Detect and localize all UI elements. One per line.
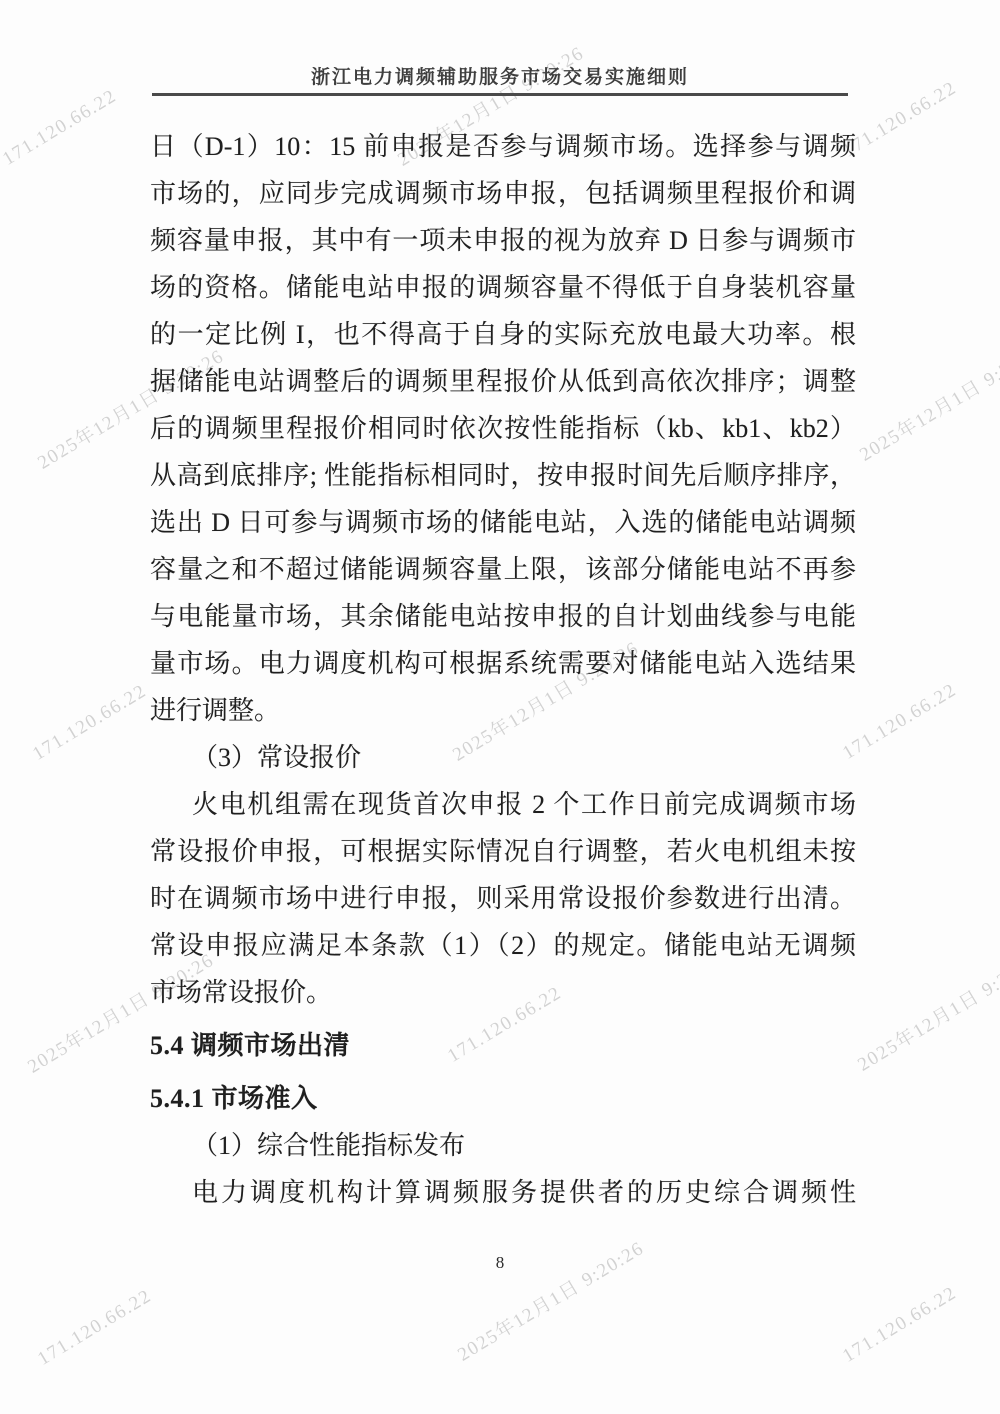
section-heading: 5.4.1 市场准入 [150,1075,856,1122]
watermark-timestamp: 2025年12月1日 9:20:26 [852,943,1000,1076]
text-line: 的一定比例 I，也不得高于自身的实际充放电最大功率。根 [150,311,856,358]
watermark-ip: 171.120.66.22 [839,679,961,764]
text-line: 容量之和不超过储能调频容量上限，该部分储能电站不再参 [150,546,856,593]
text-line: 常设申报应满足本条款（1）（2）的规定。储能电站无调频 [150,922,856,969]
watermark-ip: 171.120.66.22 [0,85,121,170]
text-line: 量市场。电力调度机构可根据系统需要对储能电站入选结果 [150,640,856,687]
watermark-ip: 171.120.66.22 [29,680,151,765]
text-line: 后的调频里程报价相同时依次按性能指标（kb、kb1、kb2） [150,405,856,452]
text-line: 进行调整。 [150,687,856,734]
text-line: 据储能电站调整后的调频里程报价从低到高依次排序；调整 [150,358,856,405]
text-line: 从高到底排序; 性能指标相同时，按申报时间先后顺序排序， [150,452,856,499]
watermark-ip: 171.120.66.22 [839,77,961,162]
text-line: 时在调频市场中进行申报，则采用常设报价参数进行出清。 [150,875,856,922]
text-line: 市场的，应同步完成调频市场申报，包括调频里程报价和调 [150,170,856,217]
watermark-ip: 171.120.66.22 [34,1285,156,1370]
text-line: 场的资格。储能电站申报的调频容量不得低于自身装机容量 [150,264,856,311]
page-number: 8 [0,1253,1000,1273]
text-line: 市场常设报价。 [150,969,856,1016]
text-line: 与电能量市场，其余储能电站按申报的自计划曲线参与电能 [150,593,856,640]
watermark-ip: 171.120.66.22 [839,1282,961,1367]
text-line: 电力调度机构计算调频服务提供者的历史综合调频性 [150,1169,856,1216]
document-page: 171.120.66.222025年12月1日 9:20:26171.120.6… [0,0,1000,1414]
text-line: 日（D-1）10：15 前申报是否参与调频市场。选择参与调频 [150,123,856,170]
watermark-timestamp: 2025年12月1日 9:20:26 [854,333,1000,466]
section-heading: 5.4 调频市场出清 [150,1022,856,1069]
text-line: 火电机组需在现货首次申报 2 个工作日前完成调频市场 [150,781,856,828]
header-title: 浙江电力调频辅助服务市场交易实施细则 [0,62,1000,89]
text-line: 频容量申报，其中有一项未申报的视为放弃 D 日参与调频市 [150,217,856,264]
document-body: 日（D-1）10：15 前申报是否参与调频市场。选择参与调频市场的，应同步完成调… [150,123,856,1216]
text-line: （3）常设报价 [150,734,856,781]
text-line: 选出 D 日可参与调频市场的储能电站，入选的储能电站调频 [150,499,856,546]
text-line: （1）综合性能指标发布 [150,1122,856,1169]
header-divider [152,93,848,96]
text-line: 常设报价申报，可根据实际情况自行调整，若火电机组未按 [150,828,856,875]
